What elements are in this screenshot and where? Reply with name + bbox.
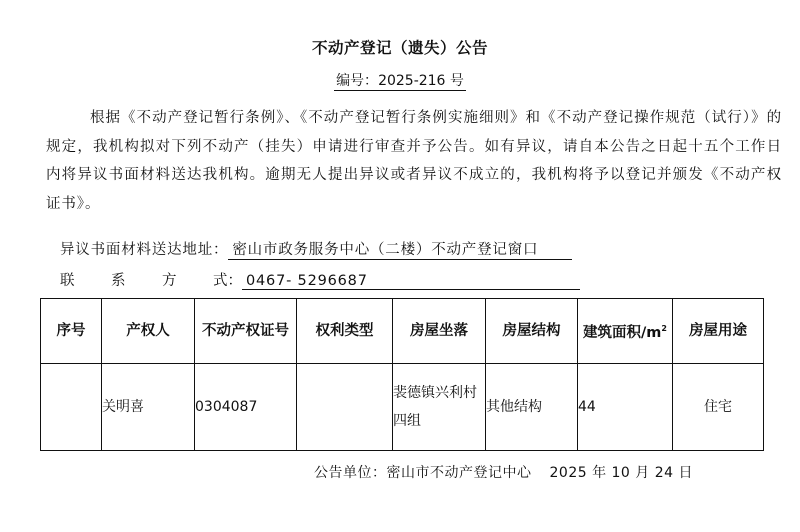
header-owner: 产权人: [102, 299, 195, 364]
objection-address-label: 异议书面材料送达地址：: [60, 242, 228, 258]
notice-date: 2025 年 10 月 24 日: [550, 465, 694, 481]
cell-right-type: [297, 364, 393, 451]
header-area: 建筑面积/m2: [578, 299, 673, 364]
table-row: 关明喜 0304087 裴德镇兴利村四组 其他结构 44 住宅: [41, 364, 764, 451]
cell-cert-no: 0304087: [195, 364, 297, 451]
objection-address-line: 异议书面材料送达地址：密山市政务服务中心（二楼）不动产登记窗口: [60, 238, 572, 260]
table-header-row: 序号 产权人 不动产权证号 权利类型 房屋坐落 房屋结构 建筑面积/m2 房屋用…: [41, 299, 764, 364]
notice-number: 编号：2025-216 号: [0, 70, 800, 90]
header-cert-no: 不动产权证号: [195, 299, 297, 364]
objection-address-value: 密山市政务服务中心（二楼）不动产登记窗口: [228, 238, 572, 260]
header-seq: 序号: [41, 299, 102, 364]
header-usage: 房屋用途: [673, 299, 764, 364]
header-structure: 房屋结构: [486, 299, 578, 364]
contact-label: 联系方: [60, 273, 213, 289]
property-table: 序号 产权人 不动产权证号 权利类型 房屋坐落 房屋结构 建筑面积/m2 房屋用…: [40, 298, 764, 451]
notice-title: 不动产登记（遗失）公告: [0, 36, 800, 58]
cell-usage: 住宅: [673, 364, 764, 451]
notice-body: 根据《不动产登记暂行条例》、《不动产登记暂行条例实施细则》和《不动产登记操作规范…: [46, 104, 782, 218]
notice-number-value: 2025-216 号: [378, 73, 464, 89]
contact-phone-value: 0467- 5296687: [242, 273, 580, 290]
cell-owner: 关明喜: [102, 364, 195, 451]
cell-area: 44: [578, 364, 673, 451]
contact-line: 联系方式：0467- 5296687: [60, 269, 580, 290]
issuer: 公告单位：密山市不动产登记中心: [314, 465, 532, 481]
contact-label-suffix: 式：: [213, 273, 242, 289]
header-location: 房屋坐落: [393, 299, 486, 364]
cell-structure: 其他结构: [486, 364, 578, 451]
header-right-type: 权利类型: [297, 299, 393, 364]
notice-footer: 公告单位：密山市不动产登记中心2025 年 10 月 24 日: [314, 462, 693, 482]
cell-location: 裴德镇兴利村四组: [393, 364, 486, 451]
square-superscript: 2: [661, 324, 667, 333]
notice-number-label: 编号：: [336, 73, 378, 89]
cell-seq: [41, 364, 102, 451]
